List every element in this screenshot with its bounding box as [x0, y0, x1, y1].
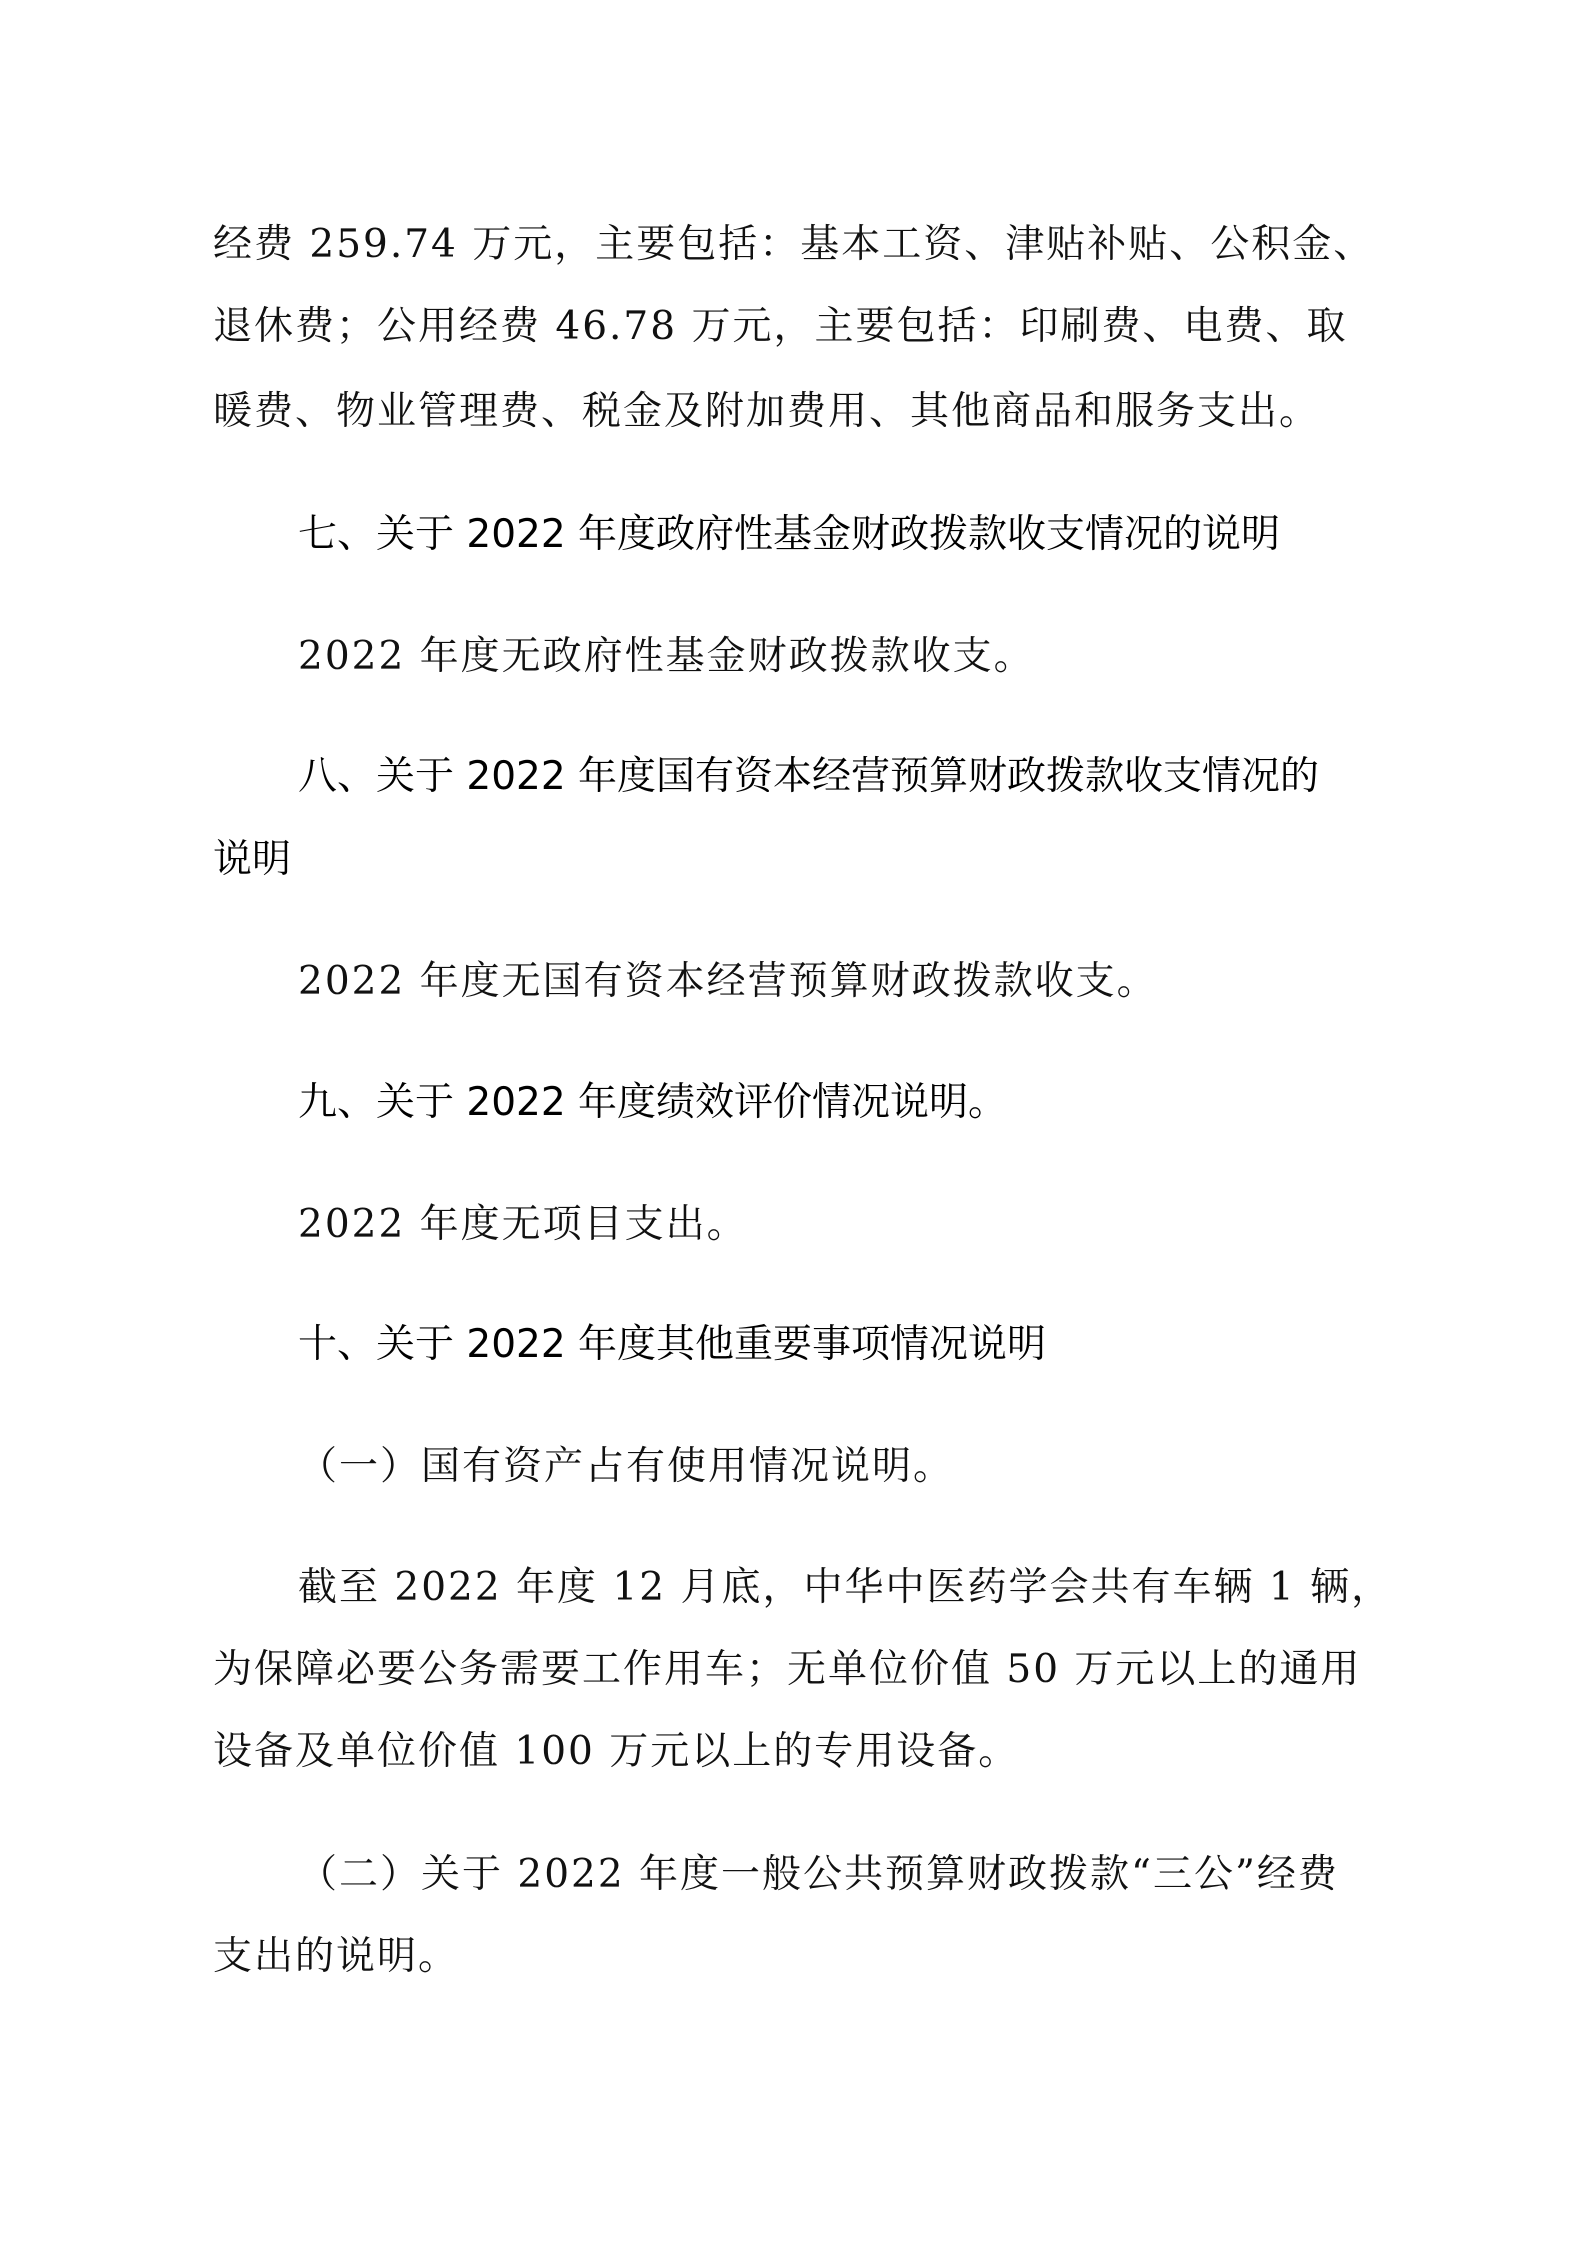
subsection-2-heading-line-1: （二）关于 2022 年度一般公共预算财政拨款“三公”经费: [298, 1850, 1339, 1900]
continued-paragraph-line-2: 退休费；公用经费 46.78 万元，主要包括：印刷费、电费、取: [213, 302, 1347, 352]
subsection-2-heading-line-2: 支出的说明。: [213, 1932, 459, 1982]
section-10-heading: 十、关于 2022 年度其他重要事项情况说明: [298, 1320, 1046, 1370]
section-9-heading: 九、关于 2022 年度绩效评价情况说明。: [298, 1078, 1007, 1128]
section-8-heading-line-2: 说明: [213, 835, 291, 885]
subsection-1-heading: （一）国有资产占有使用情况说明。: [298, 1442, 954, 1492]
section-7-body: 2022 年度无政府性基金财政拨款收支。: [298, 632, 1035, 682]
section-8-body: 2022 年度无国有资本经营预算财政拨款收支。: [298, 957, 1158, 1007]
subsection-1-body-line-1: 截至 2022 年度 12 月底，中华中医药学会共有车辆 1 辆，: [298, 1563, 1392, 1613]
section-9-body: 2022 年度无项目支出。: [298, 1200, 748, 1250]
subsection-1-body-line-2: 为保障必要公务需要工作用车；无单位价值 50 万元以上的通用: [213, 1645, 1361, 1695]
section-7-heading: 七、关于 2022 年度政府性基金财政拨款收支情况的说明: [298, 510, 1280, 560]
document-page: 经费 259.74 万元，主要包括：基本工资、津贴补贴、公积金、 退休费；公用经…: [0, 0, 1587, 2245]
continued-paragraph-line-1: 经费 259.74 万元，主要包括：基本工资、津贴补贴、公积金、: [213, 220, 1374, 270]
subsection-1-body-line-3: 设备及单位价值 100 万元以上的专用设备。: [213, 1727, 1019, 1777]
section-8-heading-line-1: 八、关于 2022 年度国有资本经营预算财政拨款收支情况的: [298, 752, 1319, 802]
continued-paragraph-line-3: 暖费、物业管理费、税金及附加费用、其他商品和服务支出。: [213, 387, 1320, 437]
